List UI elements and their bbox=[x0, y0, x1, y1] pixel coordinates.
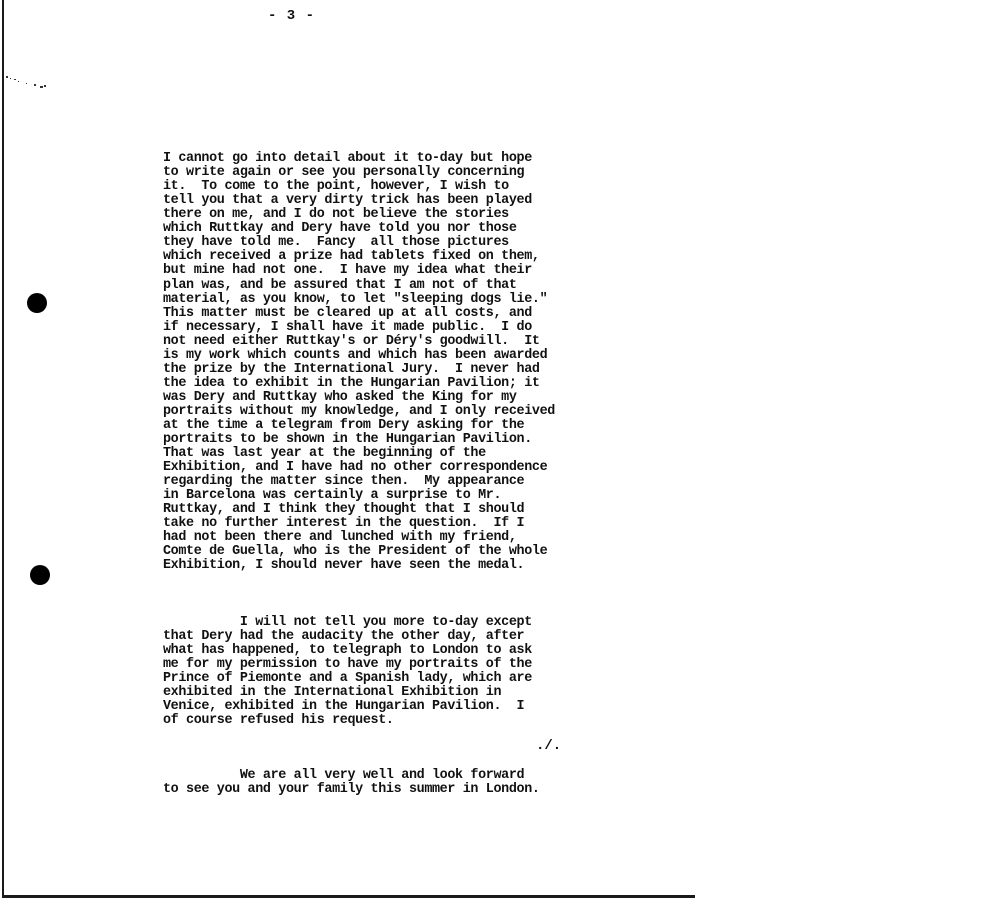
text-line: in Barcelona was certainly a surprise to… bbox=[163, 489, 623, 503]
text-line: regarding the matter since then. My appe… bbox=[163, 475, 623, 489]
text-line: Ruttkay, and I think they thought that I… bbox=[163, 503, 623, 517]
paragraph-complaint: I cannot go into detail about it to-day … bbox=[163, 152, 623, 573]
page-bottom-border bbox=[2, 895, 695, 898]
text-line: Exhibition, I should never have seen the… bbox=[163, 559, 623, 573]
text-line: if necessary, I shall have it made publi… bbox=[163, 321, 623, 335]
text-line: This matter must be cleared up at all co… bbox=[163, 307, 623, 321]
punch-hole-top bbox=[27, 293, 47, 313]
text-line: I will not tell you more to-day except bbox=[163, 616, 623, 630]
paragraph-dery-request: I will not tell you more to-day exceptth… bbox=[163, 616, 623, 728]
text-line: I cannot go into detail about it to-day … bbox=[163, 152, 623, 166]
text-line: Exhibition, and I have had no other corr… bbox=[163, 461, 623, 475]
text-line: the idea to exhibit in the Hungarian Pav… bbox=[163, 377, 623, 391]
continuation-mark: ./. bbox=[536, 738, 561, 754]
text-line: Venice, exhibited in the Hungarian Pavil… bbox=[163, 700, 623, 714]
text-line: me for my permission to have my portrait… bbox=[163, 658, 623, 672]
page-number: - 3 - bbox=[268, 8, 315, 24]
text-line: to see you and your family this summer i… bbox=[163, 783, 623, 797]
text-line: tell you that a very dirty trick has bee… bbox=[163, 194, 623, 208]
text-line: portraits without my knowledge, and I on… bbox=[163, 405, 623, 419]
text-line: is my work which counts and which has be… bbox=[163, 349, 623, 363]
text-line: they have told me. Fancy all those pictu… bbox=[163, 236, 623, 250]
text-line: there on me, and I do not believe the st… bbox=[163, 208, 623, 222]
text-line: Comte de Guella, who is the President of… bbox=[163, 545, 623, 559]
text-line: take no further interest in the question… bbox=[163, 517, 623, 531]
text-line: at the time a telegram from Dery asking … bbox=[163, 419, 623, 433]
text-line: Prince of Piemonte and a Spanish lady, w… bbox=[163, 672, 623, 686]
text-line: portraits to be shown in the Hungarian P… bbox=[163, 433, 623, 447]
punch-hole-bottom bbox=[30, 565, 50, 585]
text-line: of course refused his request. bbox=[163, 714, 623, 728]
text-line: plan was, and be assured that I am not o… bbox=[163, 279, 623, 293]
text-line: what has happened, to telegraph to Londo… bbox=[163, 644, 623, 658]
text-line: material, as you know, to let "sleeping … bbox=[163, 293, 623, 307]
text-line: which received a prize had tablets fixed… bbox=[163, 250, 623, 264]
letter-body: I cannot go into detail about it to-day … bbox=[163, 124, 623, 825]
text-line: that Dery had the audacity the other day… bbox=[163, 630, 623, 644]
page-left-border bbox=[2, 0, 4, 897]
text-line: the prize by the International Jury. I n… bbox=[163, 363, 623, 377]
text-line: had not been there and lunched with my f… bbox=[163, 531, 623, 545]
text-line: We are all very well and look forward bbox=[163, 769, 623, 783]
text-line: was Dery and Ruttkay who asked the King … bbox=[163, 391, 623, 405]
text-line: but mine had not one. I have my idea wha… bbox=[163, 264, 623, 278]
text-line: which Ruttkay and Dery have told you nor… bbox=[163, 222, 623, 236]
text-line: exhibited in the International Exhibitio… bbox=[163, 686, 623, 700]
text-line: it. To come to the point, however, I wis… bbox=[163, 180, 623, 194]
letter-page: - 3 - I cannot go into detail about it t… bbox=[0, 0, 1000, 900]
text-line: not need either Ruttkay's or Déry's good… bbox=[163, 335, 623, 349]
text-line: to write again or see you personally con… bbox=[163, 166, 623, 180]
text-line: That was last year at the beginning of t… bbox=[163, 447, 623, 461]
paragraph-closing: We are all very well and look forwardto … bbox=[163, 769, 623, 797]
scan-smudge-mark bbox=[4, 74, 48, 96]
